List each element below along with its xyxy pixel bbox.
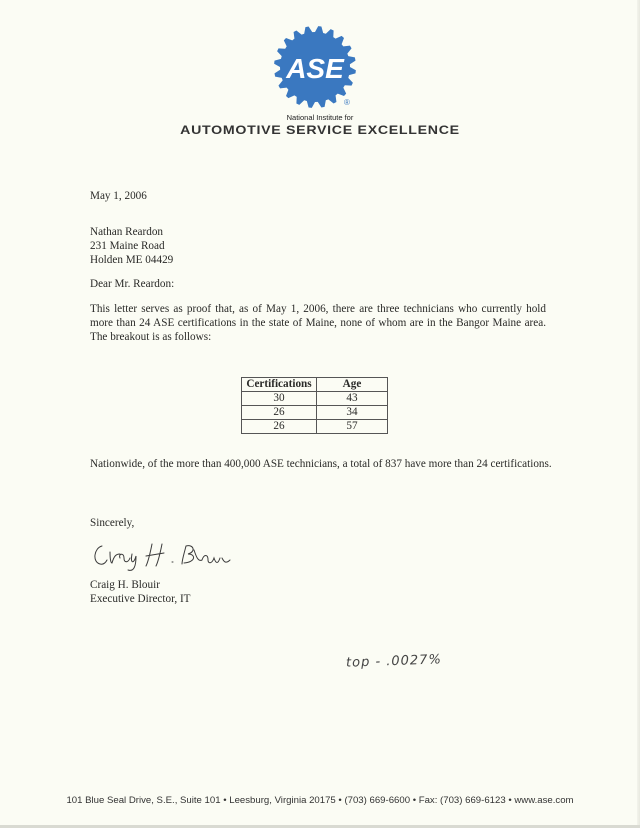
gear-badge-icon: ASE ®	[273, 26, 359, 110]
table-cell: 30	[242, 392, 317, 406]
table-cell: 57	[317, 420, 388, 434]
table-header-row: Certifications Age	[242, 378, 388, 392]
signer-name: Craig H. Blouir	[90, 578, 191, 592]
handwritten-note: top - .0027%	[346, 652, 442, 670]
letter-date: May 1, 2006	[90, 189, 147, 203]
institute-line: National Institute for	[0, 113, 640, 122]
table-cell: 26	[242, 420, 317, 434]
recipient-street: 231 Maine Road	[90, 239, 173, 253]
table-row: 26 34	[242, 406, 388, 420]
table-row: 26 57	[242, 420, 388, 434]
salutation: Dear Mr. Reardon:	[90, 277, 174, 291]
closing: Sincerely,	[90, 516, 134, 530]
table-cell: 34	[317, 406, 388, 420]
signer-title: Executive Director, IT	[90, 592, 191, 606]
recipient-address: Nathan Reardon 231 Maine Road Holden ME …	[90, 225, 173, 267]
org-name: AUTOMOTIVE SERVICE EXCELLENCE	[0, 123, 640, 137]
footer-address: 101 Blue Seal Drive, S.E., Suite 101 • L…	[0, 795, 640, 806]
signature-icon	[90, 536, 240, 572]
table-cell: 43	[317, 392, 388, 406]
table-cell: 26	[242, 406, 317, 420]
logo-text: ASE	[285, 53, 345, 84]
registered-mark: ®	[344, 98, 350, 107]
body-paragraph: This letter serves as proof that, as of …	[90, 302, 546, 344]
ase-logo: ASE ®	[273, 26, 359, 110]
column-header: Certifications	[242, 378, 317, 392]
body-paragraph: Nationwide, of the more than 400,000 ASE…	[90, 457, 560, 471]
recipient-name: Nathan Reardon	[90, 225, 173, 239]
column-header: Age	[317, 378, 388, 392]
recipient-city: Holden ME 04429	[90, 253, 173, 267]
signature	[90, 536, 240, 572]
certifications-table: Certifications Age 30 43 26 34 26 57	[241, 377, 388, 434]
table-row: 30 43	[242, 392, 388, 406]
signer-block: Craig H. Blouir Executive Director, IT	[90, 578, 191, 606]
